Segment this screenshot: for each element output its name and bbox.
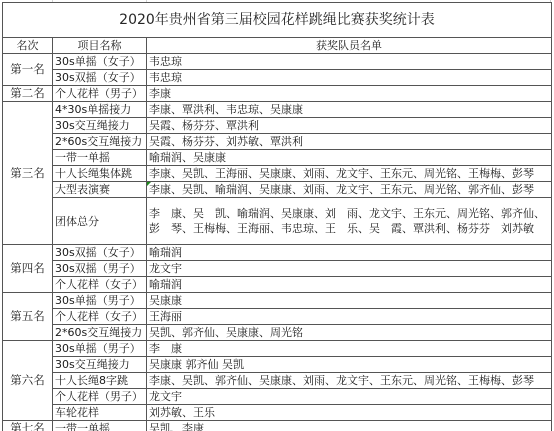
rank-cell[interactable]: 第六名 <box>3 341 53 421</box>
names-cell[interactable]: 韦忠琼 <box>147 70 552 86</box>
table-row: 个人花样（男子） 龙文宇 <box>3 389 552 405</box>
names-cell[interactable]: 龙文宇 <box>147 261 552 277</box>
table-row: 30s双摇（女子） 韦忠琼 <box>3 70 552 86</box>
event-cell[interactable]: 30s单摇（男子） <box>53 341 147 357</box>
event-cell[interactable]: 30s双摇（男子） <box>53 261 147 277</box>
table-row: 个人花样（女子） 喻瑞润 <box>3 277 552 293</box>
event-cell[interactable]: 十人长绳集体跳 <box>53 166 147 182</box>
names-cell[interactable]: 李康、覃洪利、韦忠琼、吴康康 <box>147 102 552 118</box>
event-cell[interactable]: 2*60s交互绳接力 <box>53 134 147 150</box>
names-cell[interactable]: 吴凯、郭齐仙、吴康康、周光铭 <box>147 325 552 341</box>
names-cell[interactable]: 李康、吴凯、王海丽、吴康康、刘雨、龙文宇、王东元、周光铭、王梅梅、彭琴 <box>147 166 552 182</box>
award-table: 2020年贵州省第三届校园花样跳绳比赛获奖统计表 名次 项目名称 获奖队员名单 … <box>2 2 552 431</box>
names-cell[interactable]: 吴康康 郭齐仙 吴凯 <box>147 357 552 373</box>
table-row: 第二名 个人花样（男子） 李康 <box>3 86 552 102</box>
table-row: 30s交互绳接力 吴康康 郭齐仙 吴凯 <box>3 357 552 373</box>
rank-cell[interactable]: 第七名 <box>3 421 53 431</box>
title-row: 2020年贵州省第三届校园花样跳绳比赛获奖统计表 <box>3 3 552 38</box>
table-row: 个人花样（女子） 王海丽 <box>3 309 552 325</box>
event-cell[interactable]: 个人花样（男子） <box>53 86 147 102</box>
names-cell[interactable]: 喻瑞润 <box>147 245 552 261</box>
event-cell[interactable]: 个人花样（女子） <box>53 277 147 293</box>
header-names[interactable]: 获奖队员名单 <box>147 38 552 54</box>
event-cell[interactable]: 个人花样（女子） <box>53 309 147 325</box>
names-cell[interactable]: 王海丽 <box>147 309 552 325</box>
names-cell[interactable]: 刘苏敏、王乐 <box>147 405 552 421</box>
rank-cell[interactable]: 第五名 <box>3 293 53 341</box>
names-cell[interactable]: 吴霞、杨芬芬、刘苏敏、覃洪利 <box>147 134 552 150</box>
event-cell[interactable]: 30s交互绳接力 <box>53 357 147 373</box>
names-cell[interactable]: 李康、吴凯、郭齐仙、吴康康、刘雨、龙文宇、王东元、周光铭、王梅梅、彭琴 <box>147 373 552 389</box>
names-cell[interactable]: 龙文宇 <box>147 389 552 405</box>
table-row: 十人长绳集体跳 李康、吴凯、王海丽、吴康康、刘雨、龙文宇、王东元、周光铭、王梅梅… <box>3 166 552 182</box>
names-cell[interactable]: 吴霞、杨芬芬、覃洪利 <box>147 118 552 134</box>
rank-cell[interactable]: 第三名 <box>3 102 53 245</box>
event-cell[interactable]: 车轮花样 <box>53 405 147 421</box>
names-cell[interactable]: 吴康康 <box>147 293 552 309</box>
event-cell[interactable]: 一带一单摇 <box>53 150 147 166</box>
table-row: 30s交互绳接力 吴霞、杨芬芬、覃洪利 <box>3 118 552 134</box>
event-cell[interactable]: 30s交互绳接力 <box>53 118 147 134</box>
table-row: 十人长绳8字跳 李康、吴凯、郭齐仙、吴康康、刘雨、龙文宇、王东元、周光铭、王梅梅… <box>3 373 552 389</box>
table-row: 团体总分 李 康、吴 凯、喻瑞润、吴康康、刘 雨、龙文宇、王东元、周光铭、郭齐仙… <box>3 198 552 245</box>
table-row: 第一名 30s单摇（女子） 韦忠琼 <box>3 54 552 70</box>
event-cell[interactable]: 一带一单摇 <box>53 421 147 431</box>
names-text: 李康、吴凯、喻瑞润、吴康康、刘雨、龙文宇、王东元、周光铭、郭齐仙、彭琴 <box>149 183 534 196</box>
header-event[interactable]: 项目名称 <box>53 38 147 54</box>
event-cell[interactable]: 个人花样（男子） <box>53 389 147 405</box>
table-row: 第七名 一带一单摇 吴凯、李康 <box>3 421 552 431</box>
table-title[interactable]: 2020年贵州省第三届校园花样跳绳比赛获奖统计表 <box>3 3 552 38</box>
table-row: 车轮花样 刘苏敏、王乐 <box>3 405 552 421</box>
header-row: 名次 项目名称 获奖队员名单 <box>3 38 552 54</box>
table-row: 第三名 4*30s单摇接力 李康、覃洪利、韦忠琼、吴康康 <box>3 102 552 118</box>
table-row: 大型表演赛 李康、吴凯、喻瑞润、吴康康、刘雨、龙文宇、王东元、周光铭、郭齐仙、彭… <box>3 182 552 198</box>
event-cell[interactable]: 30s单摇（男子） <box>53 293 147 309</box>
names-cell[interactable]: 韦忠琼 <box>147 54 552 70</box>
rank-cell[interactable]: 第四名 <box>3 245 53 293</box>
table-row: 第四名 30s双摇（女子） 喻瑞润 <box>3 245 552 261</box>
event-cell[interactable]: 4*30s单摇接力 <box>53 102 147 118</box>
names-cell[interactable]: 李 康 <box>147 341 552 357</box>
table-row: 一带一单摇 喻瑞润、吴康康 <box>3 150 552 166</box>
event-cell[interactable]: 30s单摇（女子） <box>53 54 147 70</box>
names-cell[interactable]: 吴凯、李康 <box>147 421 552 431</box>
event-cell[interactable]: 30s双摇（女子） <box>53 70 147 86</box>
event-cell[interactable]: 30s双摇（女子） <box>53 245 147 261</box>
names-cell[interactable]: 李 康、吴 凯、喻瑞润、吴康康、刘 雨、龙文宇、王东元、周光铭、郭齐仙、彭 琴、… <box>147 198 552 245</box>
event-cell[interactable]: 大型表演赛 <box>53 182 147 198</box>
comment-indicator-icon <box>147 182 151 186</box>
table-row: 2*60s交互绳接力 吴凯、郭齐仙、吴康康、周光铭 <box>3 325 552 341</box>
names-cell-commented[interactable]: 李康、吴凯、喻瑞润、吴康康、刘雨、龙文宇、王东元、周光铭、郭齐仙、彭琴 <box>147 182 552 198</box>
header-rank[interactable]: 名次 <box>3 38 53 54</box>
event-cell[interactable]: 2*60s交互绳接力 <box>53 325 147 341</box>
names-cell[interactable]: 李康 <box>147 86 552 102</box>
rank-cell[interactable]: 第一名 <box>3 54 53 86</box>
rank-cell[interactable]: 第二名 <box>3 86 53 102</box>
table-row: 第五名 30s单摇（男子） 吴康康 <box>3 293 552 309</box>
event-cell[interactable]: 团体总分 <box>53 198 147 245</box>
names-cell[interactable]: 喻瑞润 <box>147 277 552 293</box>
table-row: 30s双摇（男子） 龙文宇 <box>3 261 552 277</box>
event-cell[interactable]: 十人长绳8字跳 <box>53 373 147 389</box>
table-row: 2*60s交互绳接力 吴霞、杨芬芬、刘苏敏、覃洪利 <box>3 134 552 150</box>
table-row: 第六名 30s单摇（男子） 李 康 <box>3 341 552 357</box>
names-cell[interactable]: 喻瑞润、吴康康 <box>147 150 552 166</box>
